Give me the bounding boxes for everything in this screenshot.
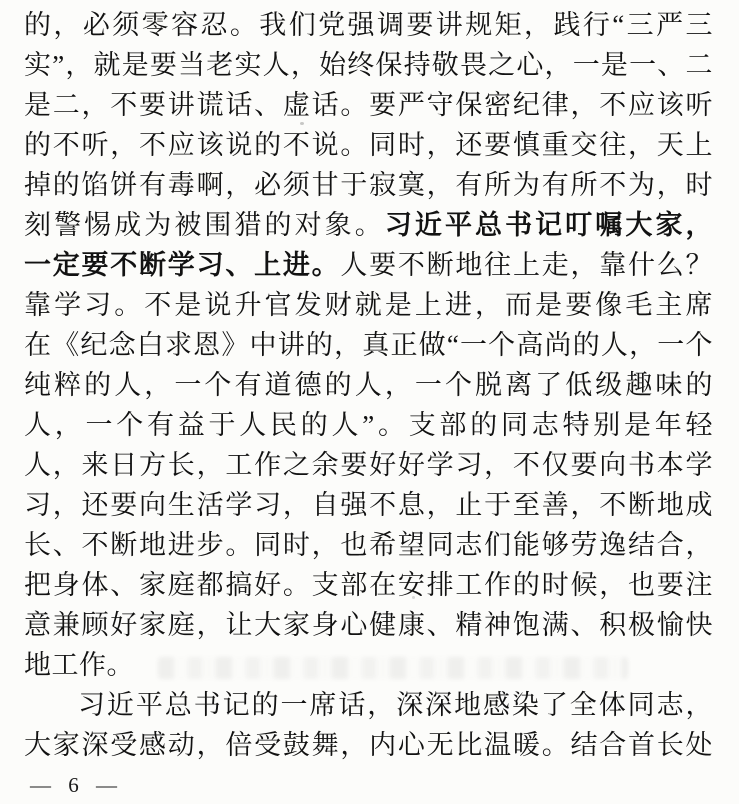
text-line: 意兼顾好家庭，让大家身心健康、精神饱满、积极愉快 bbox=[24, 605, 713, 645]
text-line: 的，必须零容忍。我们党强调要讲规矩，践行“三严三 bbox=[24, 5, 713, 45]
text-line: 的不听，不应该说的不说。同时，还要慎重交往，天上 bbox=[24, 125, 713, 165]
text-line: 是二，不要讲谎话、虚话。要严守保密纪律，不应该听 bbox=[24, 85, 713, 125]
body-text: 意兼顾好家庭，让大家身心健康、精神饱满、积极愉快 bbox=[24, 610, 713, 640]
page-number: — 6 — bbox=[30, 773, 123, 798]
text-line: 习近平总书记的一席话，深深地感染了全体同志， bbox=[24, 685, 713, 725]
document-page: 的，必须零容忍。我们党强调要讲规矩，践行“三严三实”，就是要当老实人，始终保持敬… bbox=[0, 0, 739, 804]
body-text: 地工作。 bbox=[24, 650, 134, 680]
body-text: 人，一个有益于人民的人”。支部的同志特别是年轻 bbox=[24, 410, 713, 440]
body-text: 在《纪念白求恩》中讲的，真正做“一个高尚的人，一个 bbox=[24, 330, 713, 360]
scan-speck bbox=[412, 596, 415, 599]
text-line: 人，来日方长，工作之余要好好学习，不仅要向书本学 bbox=[24, 445, 713, 485]
text-line: 一定要不断学习、上进。人要不断地往上走，靠什么？ bbox=[24, 245, 713, 285]
body-text: 是二，不要讲谎话、虚话。要严守保密纪律，不应该听 bbox=[24, 90, 713, 120]
page-text: 的，必须零容忍。我们党强调要讲规矩，践行“三严三实”，就是要当老实人，始终保持敬… bbox=[24, 5, 713, 765]
body-text: 的，必须零容忍。我们党强调要讲规矩，践行“三严三 bbox=[24, 10, 713, 40]
text-line: 长、不断地进步。同时，也希望同志们能够劳逸结合， bbox=[24, 525, 713, 565]
text-line: 在《纪念白求恩》中讲的，真正做“一个高尚的人，一个 bbox=[24, 325, 713, 365]
body-text: 习近平总书记的一席话，深深地感染了全体同志， bbox=[78, 690, 713, 720]
text-line: 大家深受感动，倍受鼓舞，内心无比温暖。结合首长处 bbox=[24, 725, 713, 765]
ink-bleedthrough-artifact bbox=[158, 657, 628, 679]
scan-speck bbox=[614, 390, 617, 393]
text-line: 纯粹的人，一个有道德的人，一个脱离了低级趣味的 bbox=[24, 365, 713, 405]
text-line: 刻警惕成为被围猎的对象。习近平总书记叮嘱大家， bbox=[24, 205, 713, 245]
body-text: 长、不断地进步。同时，也希望同志们能够劳逸结合， bbox=[24, 530, 713, 560]
text-line: 实”，就是要当老实人，始终保持敬畏之心，一是一、二 bbox=[24, 45, 713, 85]
body-text: 把身体、家庭都搞好。支部在安排工作的时候，也要注 bbox=[24, 570, 713, 600]
body-text: 刻警惕成为被围猎的对象。 bbox=[24, 210, 385, 240]
body-text: 大家深受感动，倍受鼓舞，内心无比温暖。结合首长处 bbox=[24, 730, 713, 760]
text-line: 掉的馅饼有毒啊，必须甘于寂寞，有所为有所不为，时 bbox=[24, 165, 713, 205]
body-text: 实”，就是要当老实人，始终保持敬畏之心，一是一、二 bbox=[24, 50, 713, 80]
text-line: 把身体、家庭都搞好。支部在安排工作的时候，也要注 bbox=[24, 565, 713, 605]
scan-speck bbox=[300, 122, 304, 125]
body-text: 靠学习。不是说升官发财就是上进，而是要像毛主席 bbox=[24, 290, 713, 320]
body-text: 掉的馅饼有毒啊，必须甘于寂寞，有所为有所不为，时 bbox=[24, 170, 713, 200]
body-text: 纯粹的人，一个有道德的人，一个脱离了低级趣味的 bbox=[24, 370, 713, 400]
text-line: 靠学习。不是说升官发财就是上进，而是要像毛主席 bbox=[24, 285, 713, 325]
body-text: 习，还要向生活学习，自强不息，止于至善，不断地成 bbox=[24, 490, 713, 520]
body-text: 的不听，不应该说的不说。同时，还要慎重交往，天上 bbox=[24, 130, 713, 160]
text-line: 习，还要向生活学习，自强不息，止于至善，不断地成 bbox=[24, 485, 713, 525]
emphasis-text: 一定要不断学习、上进。 bbox=[24, 250, 340, 280]
body-text: 人要不断地往上走，靠什么？ bbox=[340, 250, 713, 280]
emphasis-text: 习近平总书记叮嘱大家， bbox=[385, 210, 713, 240]
body-text: 人，来日方长，工作之余要好好学习，不仅要向书本学 bbox=[24, 450, 713, 480]
text-line: 人，一个有益于人民的人”。支部的同志特别是年轻 bbox=[24, 405, 713, 445]
text-line: 地工作。 bbox=[24, 645, 713, 685]
